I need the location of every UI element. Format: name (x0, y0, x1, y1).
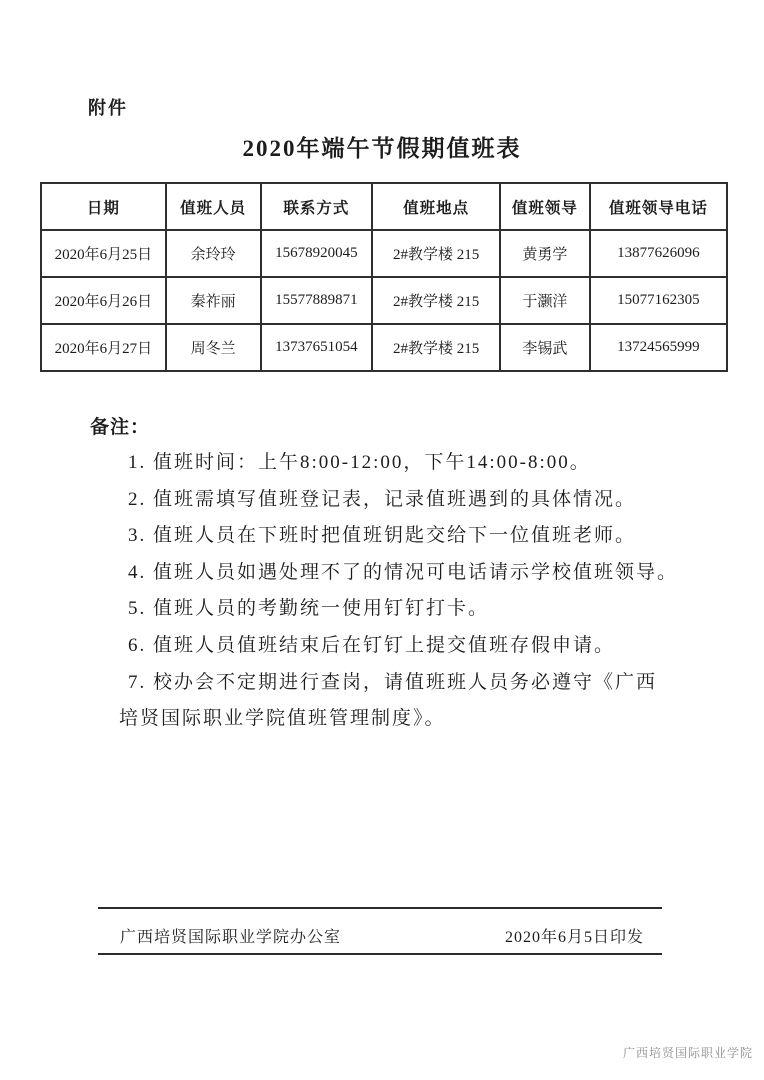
cell-staff: 秦祚丽 (166, 277, 261, 324)
header-location: 值班地点 (372, 183, 500, 230)
document-page: { "page": { "attachment_label": "附件", "t… (0, 0, 764, 1080)
cell-leader: 李锡武 (500, 324, 590, 371)
cell-leader-phone: 13724565999 (590, 324, 727, 371)
notes-list: 1. 值班时间：上午8:00-12:00，下午14:00-8:00。 2. 值班… (0, 445, 720, 738)
note-line-2: 2. 值班需填写值班登记表，记录值班遇到的具体情况。 (0, 482, 720, 519)
duty-schedule-table: 日期 值班人员 联系方式 值班地点 值班领导 值班领导电话 2020年6月25日… (40, 182, 728, 372)
footer-top-rule (98, 907, 662, 909)
cell-contact: 15678920045 (261, 230, 373, 277)
table-row: 2020年6月25日 余玲玲 15678920045 2#教学楼 215 黄勇学… (41, 230, 727, 277)
watermark-text: 广西培贤国际职业学院 (623, 1044, 753, 1061)
cell-staff: 周冬兰 (166, 324, 261, 371)
cell-leader: 于灏洋 (500, 277, 590, 324)
note-line-7: 7. 校办会不定期进行查岗，请值班班人员务必遵守《广西 (0, 665, 720, 702)
footer-bottom-rule (98, 953, 662, 955)
cell-contact: 13737651054 (261, 324, 373, 371)
header-date: 日期 (41, 183, 166, 230)
footer-issuer: 广西培贤国际职业学院办公室 (120, 924, 341, 947)
header-staff: 值班人员 (166, 183, 261, 230)
header-leader-phone: 值班领导电话 (590, 183, 727, 230)
note-line-3: 3. 值班人员在下班时把值班钥匙交给下一位值班老师。 (0, 518, 720, 555)
cell-date: 2020年6月25日 (41, 230, 166, 277)
table-row: 2020年6月27日 周冬兰 13737651054 2#教学楼 215 李锡武… (41, 324, 727, 371)
cell-location: 2#教学楼 215 (372, 277, 500, 324)
cell-location: 2#教学楼 215 (372, 230, 500, 277)
cell-date: 2020年6月27日 (41, 324, 166, 371)
notes-heading: 备注： (90, 412, 150, 439)
cell-leader: 黄勇学 (500, 230, 590, 277)
header-contact: 联系方式 (261, 183, 373, 230)
table-row: 2020年6月26日 秦祚丽 15577889871 2#教学楼 215 于灏洋… (41, 277, 727, 324)
document-title: 2020年端午节假期值班表 (0, 130, 764, 163)
note-line-6: 6. 值班人员值班结束后在钉钉上提交值班存假申请。 (0, 628, 720, 665)
cell-leader-phone: 13877626096 (590, 230, 727, 277)
cell-contact: 15577889871 (261, 277, 373, 324)
attachment-label: 附件 (88, 94, 128, 120)
footer-issue-date: 2020年6月5日印发 (505, 924, 644, 947)
table-header-row: 日期 值班人员 联系方式 值班地点 值班领导 值班领导电话 (41, 183, 727, 230)
cell-leader-phone: 15077162305 (590, 277, 727, 324)
footer-row: 广西培贤国际职业学院办公室 2020年6月5日印发 (98, 922, 662, 948)
cell-staff: 余玲玲 (166, 230, 261, 277)
note-line-4: 4. 值班人员如遇处理不了的情况可电话请示学校值班领导。 (0, 555, 720, 592)
header-leader: 值班领导 (500, 183, 590, 230)
cell-date: 2020年6月26日 (41, 277, 166, 324)
note-line-1: 1. 值班时间：上午8:00-12:00，下午14:00-8:00。 (0, 445, 720, 482)
note-line-5: 5. 值班人员的考勤统一使用钉钉打卡。 (0, 591, 720, 628)
note-line-7-continuation: 培贤国际职业学院值班管理制度》。 (0, 701, 720, 738)
cell-location: 2#教学楼 215 (372, 324, 500, 371)
